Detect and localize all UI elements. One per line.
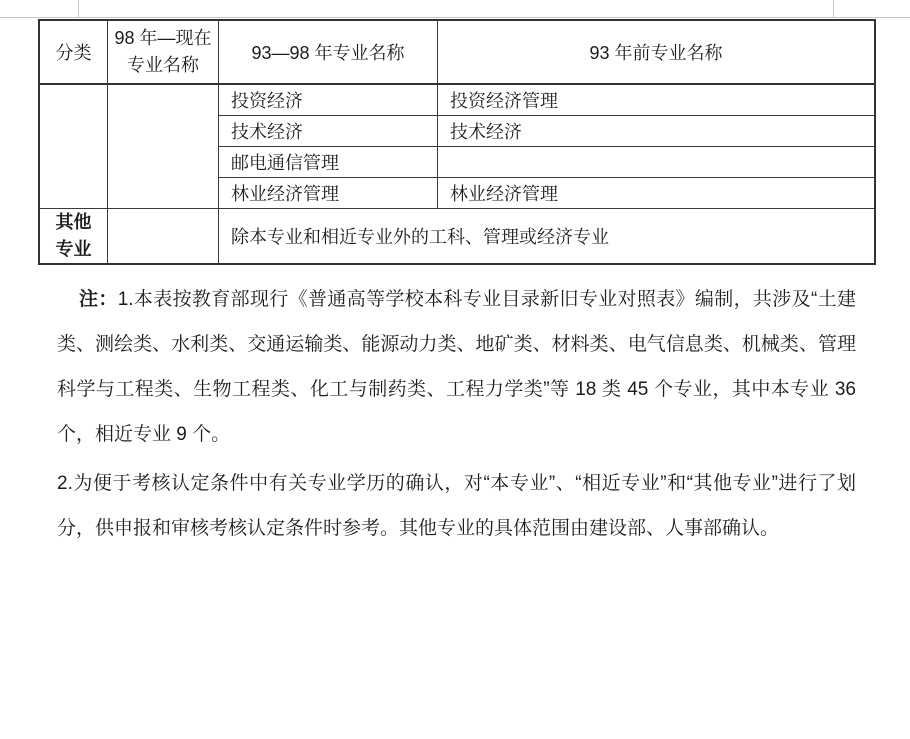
other-major-empty-cell bbox=[108, 208, 219, 264]
note-paragraph-1: 注：1.本表按教育部现行《普通高等学校本科专业目录新旧专业对照表》编制，共涉及“… bbox=[57, 277, 856, 457]
note-text-1: 1.本表按教育部现行《普通高等学校本科专业目录新旧专业对照表》编制，共涉及“土建… bbox=[57, 289, 856, 445]
major-mapping-table: 分类 98 年—现在 专业名称 93—98 年专业名称 93 年前专业名称 投资… bbox=[38, 19, 876, 265]
header-cell-98-to-now: 98 年—现在 专业名称 bbox=[108, 20, 219, 84]
note-text-2: 2.为便于考核认定条件中有关专业学历的确认，对“本专业”、“相近专业”和“其他专… bbox=[57, 473, 856, 539]
header-cell-pre-93: 93 年前专业名称 bbox=[438, 20, 876, 84]
major-93-98-cell: 林业经济管理 bbox=[219, 177, 438, 208]
table-header-row: 分类 98 年—现在 专业名称 93—98 年专业名称 93 年前专业名称 bbox=[39, 20, 875, 84]
header-cell-category: 分类 bbox=[39, 20, 108, 84]
table-row: 投资经济 投资经济管理 bbox=[39, 84, 875, 115]
cropped-row-bottom-line bbox=[0, 17, 910, 18]
major-98-merged-cell bbox=[108, 84, 219, 208]
major-pre-93-cell bbox=[438, 146, 876, 177]
category-merged-cell bbox=[39, 84, 108, 208]
other-major-description: 除本专业和相近专业外的工科、管理或经济专业 bbox=[219, 208, 876, 264]
cropped-row-divider-left bbox=[78, 0, 79, 17]
document-page: { "table": { "border_color": "#333333", … bbox=[0, 0, 910, 739]
major-pre-93-cell: 技术经济 bbox=[438, 115, 876, 146]
major-93-98-cell: 技术经济 bbox=[219, 115, 438, 146]
major-pre-93-cell: 投资经济管理 bbox=[438, 84, 876, 115]
major-pre-93-cell: 林业经济管理 bbox=[438, 177, 876, 208]
header-cell-93-98: 93—98 年专业名称 bbox=[219, 20, 438, 84]
major-93-98-cell: 邮电通信管理 bbox=[219, 146, 438, 177]
note-paragraph-2: 2.为便于考核认定条件中有关专业学历的确认，对“本专业”、“相近专业”和“其他专… bbox=[57, 461, 856, 551]
other-major-label: 其他 专业 bbox=[39, 208, 108, 264]
other-major-row: 其他 专业 除本专业和相近专业外的工科、管理或经济专业 bbox=[39, 208, 875, 264]
note-label: 注： bbox=[79, 289, 118, 310]
major-93-98-cell: 投资经济 bbox=[219, 84, 438, 115]
cropped-row-divider-right bbox=[833, 0, 834, 17]
notes-section: 注：1.本表按教育部现行《普通高等学校本科专业目录新旧专业对照表》编制，共涉及“… bbox=[57, 277, 856, 551]
